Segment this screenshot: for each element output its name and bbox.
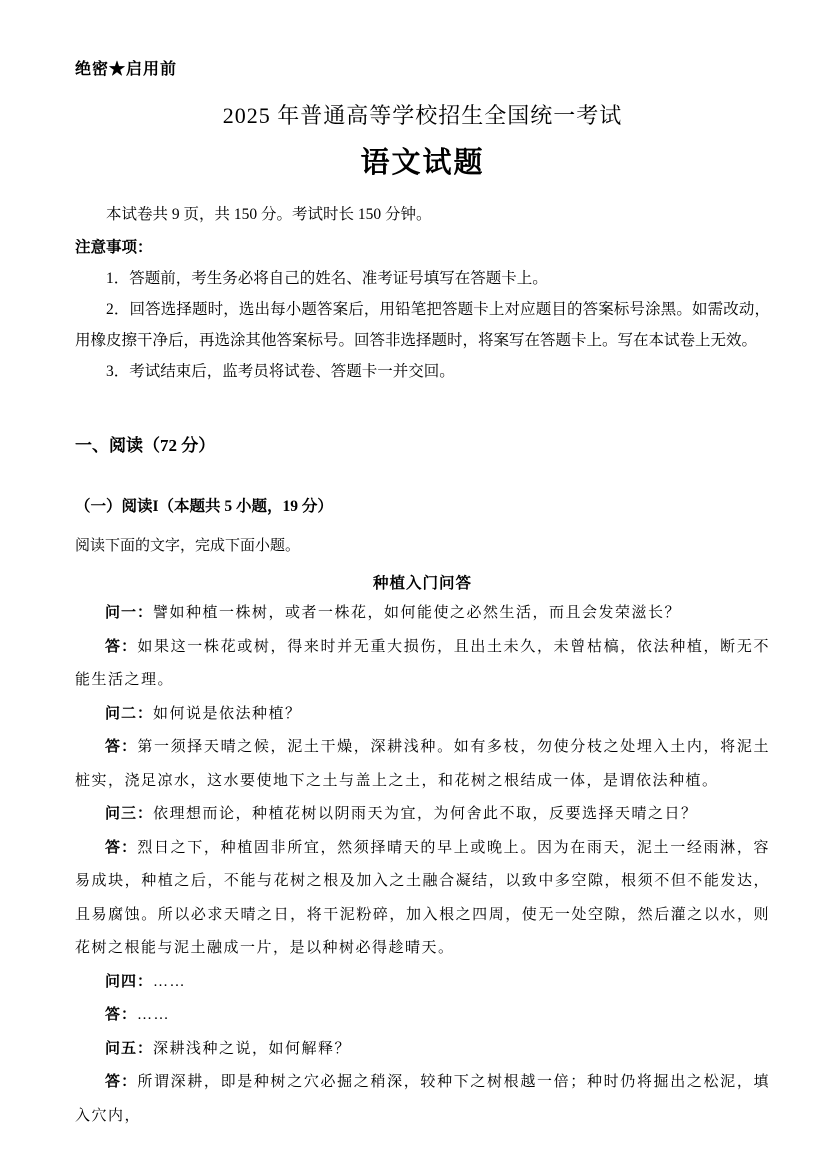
qa-label: 答：	[105, 840, 137, 856]
subsection-heading-reading-1: （一）阅读I（本题共 5 小题，19 分）	[75, 494, 770, 516]
qa-paragraph: 答：如果这一株花或树，得来时并无重大损伤，且出土未久，未曾枯槁，依法种植，断无不…	[75, 631, 770, 698]
qa-paragraph: 问二：如何说是依法种植？	[75, 698, 770, 732]
notice-heading: 注意事项：	[75, 232, 770, 263]
qa-paragraph: 答：第一须择天晴之候，泥土干燥，深耕浅种。如有多枝，勿使分枝之处埋入土内，将泥土…	[75, 731, 770, 798]
notice-list: 1．答题前，考生务必将自己的姓名、准考证号填写在答题卡上。 2．回答选择题时，选…	[75, 263, 770, 387]
qa-text: 烈日之下，种植固非所宜，然须择晴天的早上或晚上。因为在雨天，泥土一经雨淋，容易成…	[75, 840, 770, 957]
qa-text: 第一须择天晴之候，泥土干燥，深耕浅种。如有多枝，勿使分枝之处埋入土内，将泥土桩实…	[75, 739, 770, 789]
paper-title: 语文试题	[75, 140, 770, 181]
qa-paragraph: 答：所谓深耕，即是种树之穴必掘之稍深，较种下之树根越一倍；种时仍将掘出之松泥，填…	[75, 1066, 770, 1133]
article-qa-list: 问一：譬如种植一株树，或者一株花，如何能使之必然生活，而且会发荣滋长？ 答：如果…	[75, 597, 770, 1133]
notice-item: 2．回答选择题时，选出每小题答案后，用铅笔把答题卡上对应题目的答案标号涂黑。如需…	[75, 294, 770, 356]
qa-text: 深耕浅种之说，如何解释？	[153, 1041, 351, 1057]
qa-paragraph: 问五：深耕浅种之说，如何解释？	[75, 1033, 770, 1067]
classification-banner: 绝密★启用前	[75, 56, 770, 79]
qa-text: 如何说是依法种植？	[153, 706, 302, 722]
notice-item: 1．答题前，考生务必将自己的姓名、准考证号填写在答题卡上。	[75, 263, 770, 294]
qa-paragraph: 答：……	[75, 999, 770, 1033]
qa-label: 问一：	[105, 605, 153, 621]
notice-item: 3．考试结束后，监考员将试卷、答题卡一并交回。	[75, 356, 770, 387]
article-title: 种植入门问答	[75, 571, 770, 593]
qa-paragraph: 问三：依理想而论，种植花树以阴雨天为宜，为何舍此不取，反要选择天晴之日？	[75, 798, 770, 832]
section-heading-reading: 一、阅读（72 分）	[75, 431, 770, 456]
qa-label: 问五：	[105, 1041, 153, 1057]
qa-label: 答：	[105, 739, 137, 755]
qa-text: 依理想而论，种植花树以阴雨天为宜，为何舍此不取，反要选择天晴之日？	[153, 806, 698, 822]
qa-paragraph: 答：烈日之下，种植固非所宜，然须择晴天的早上或晚上。因为在雨天，泥土一经雨淋，容…	[75, 832, 770, 966]
exam-info: 本试卷共 9 页，共 150 分。考试时长 150 分钟。	[75, 199, 770, 230]
qa-text: 如果这一株花或树，得来时并无重大损伤，且出土未久，未曾枯槁，依法种植，断无不能生…	[75, 639, 770, 689]
qa-label: 答：	[105, 639, 137, 655]
qa-paragraph: 问四：……	[75, 966, 770, 1000]
qa-text: ……	[153, 974, 186, 990]
qa-label: 答：	[105, 1007, 137, 1023]
qa-text: 所谓深耕，即是种树之穴必掘之稍深，较种下之树根越一倍；种时仍将掘出之松泥，填入穴…	[75, 1074, 770, 1124]
qa-label: 问二：	[105, 706, 153, 722]
qa-label: 答：	[105, 1074, 137, 1090]
qa-label: 问四：	[105, 974, 153, 990]
qa-text: ……	[137, 1007, 170, 1023]
reading-instruction: 阅读下面的文字，完成下面小题。	[75, 534, 770, 555]
qa-label: 问三：	[105, 806, 153, 822]
exam-title: 2025 年普通高等学校招生全国统一考试	[75, 99, 770, 130]
exam-paper-page: 绝密★启用前 2025 年普通高等学校招生全国统一考试 语文试题 本试卷共 9 …	[0, 0, 827, 1169]
qa-text: 譬如种植一株树，或者一株花，如何能使之必然生活，而且会发荣滋长？	[153, 605, 681, 621]
qa-paragraph: 问一：譬如种植一株树，或者一株花，如何能使之必然生活，而且会发荣滋长？	[75, 597, 770, 631]
